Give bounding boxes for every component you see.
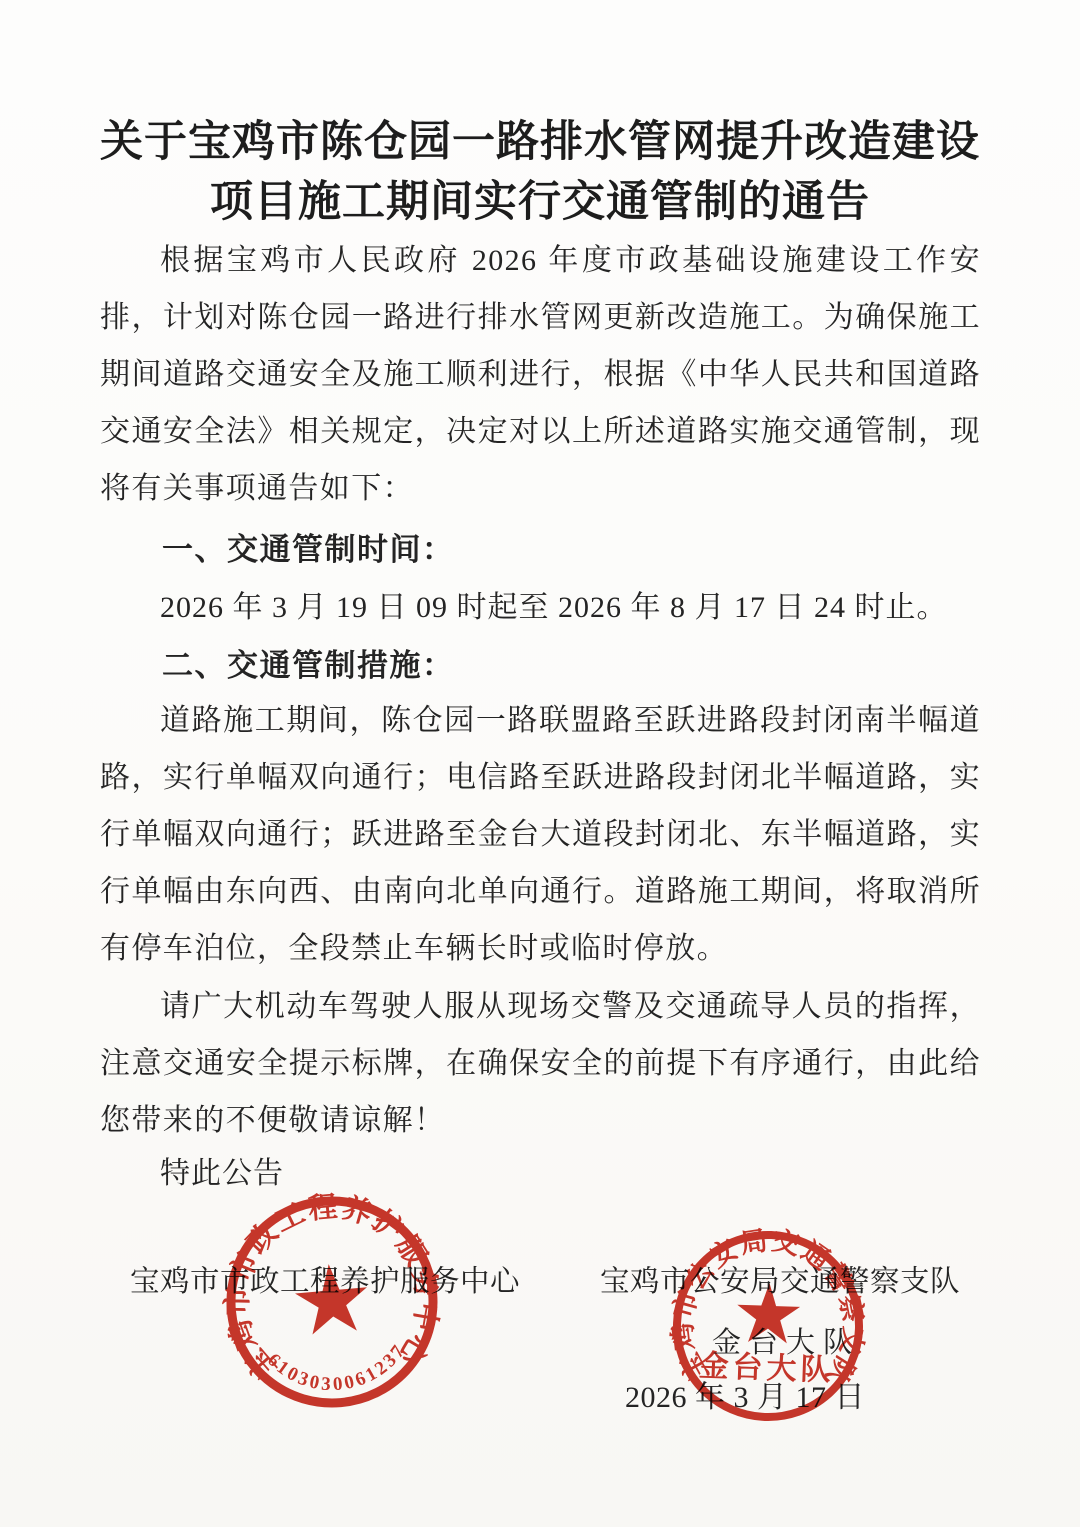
section-heading-time: 一、交通管制时间： bbox=[100, 524, 981, 569]
notice-title-line1: 关于宝鸡市陈仓园一路排水管网提升改造建设 bbox=[0, 108, 1080, 169]
paragraph-intro: 根据宝鸡市人民政府 2026 年度市政基础设施建设工作安排，计划对陈仓园一路进行… bbox=[100, 232, 981, 517]
section-heading-measures: 二、交通管制措施： bbox=[100, 640, 981, 685]
official-seal-right: 宝鸡市公安局交通警察支队 金台大队 bbox=[659, 1217, 876, 1434]
control-time-line: 2026 年 3 月 19 日 09 时起至 2026 年 8 月 17 日 2… bbox=[100, 582, 981, 626]
star-icon bbox=[736, 1282, 801, 1344]
paragraph-appeal: 请广大机动车驾驶人服从现场交警及交通疏导人员的指挥，注意交通安全提示标牌，在确保… bbox=[100, 978, 981, 1149]
seal-inner-text: 金台大队 bbox=[698, 1350, 835, 1388]
notice-title-line2: 项目施工期间实行交通管制的通告 bbox=[0, 168, 1080, 229]
official-seal-left: 宝鸡市市政工程养护服务中心 6103030061237 bbox=[206, 1176, 457, 1427]
closing-statement: 特此公告 bbox=[100, 1148, 981, 1192]
star-icon bbox=[293, 1261, 371, 1336]
notice-document: 关于宝鸡市陈仓园一路排水管网提升改造建设 项目施工期间实行交通管制的通告 根据宝… bbox=[0, 0, 1080, 1527]
paragraph-measures: 道路施工期间，陈仓园一路联盟路至跃进路段封闭南半幅道路，实行单幅双向通行；电信路… bbox=[100, 692, 981, 977]
